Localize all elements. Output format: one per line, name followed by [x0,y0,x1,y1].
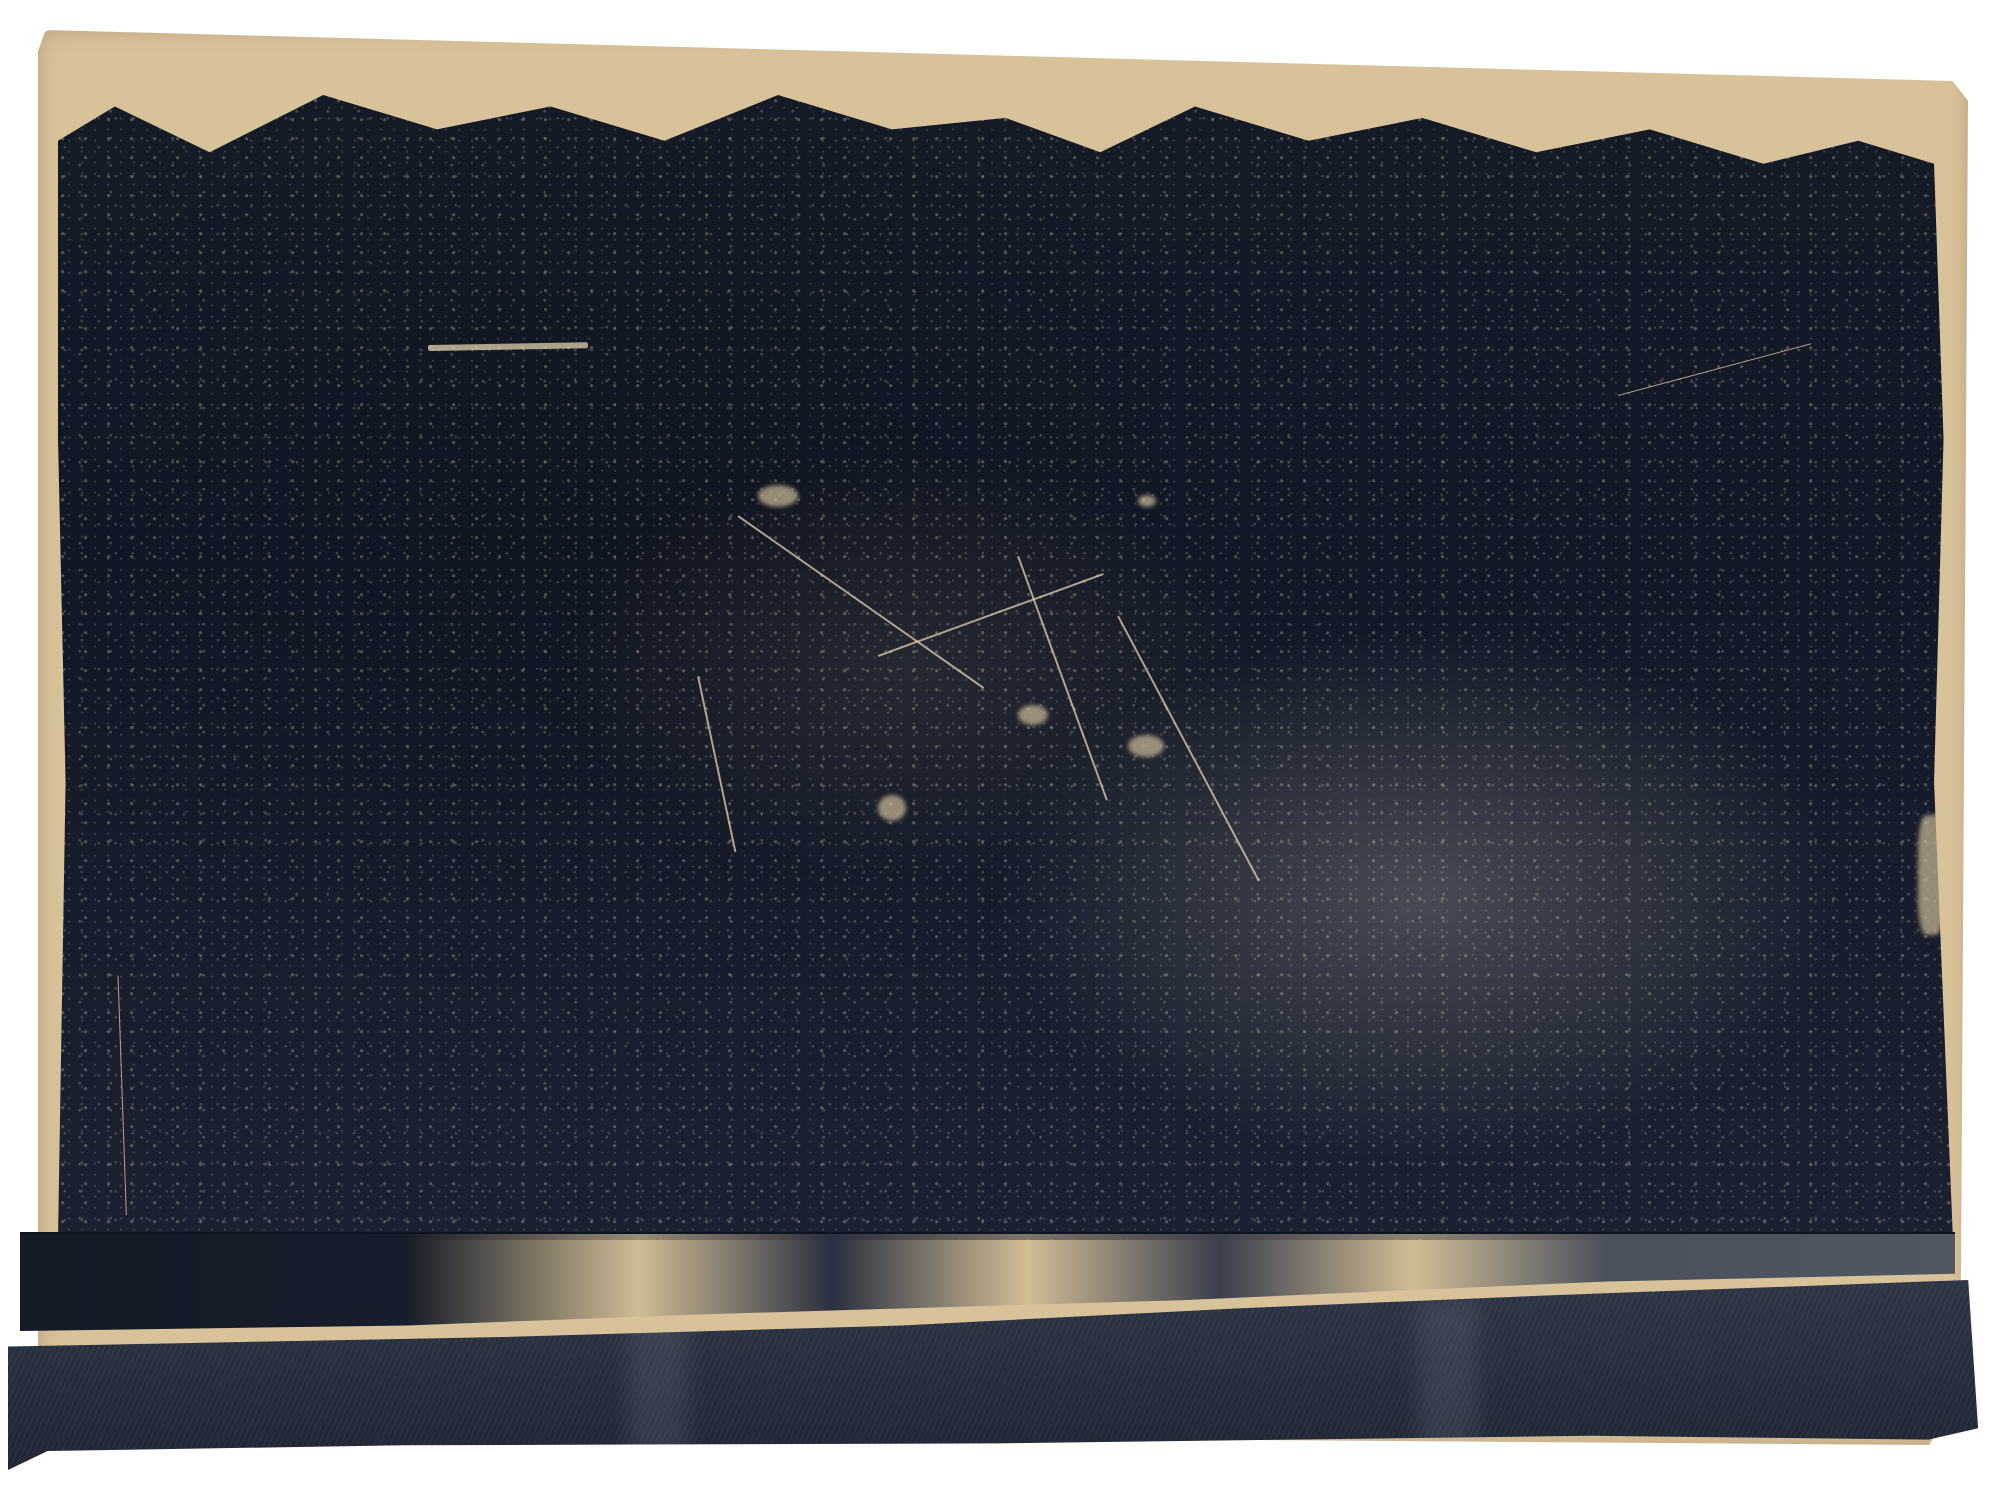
wear-spot [1138,495,1156,507]
wear-speckle-texture [58,95,1953,1240]
wear-spot [758,485,798,507]
wear-spot [878,795,906,821]
photo-scene [0,0,2000,1500]
spine-fade-mark [1418,1300,1478,1450]
wear-spot [1018,705,1048,725]
book-cover-cloth [58,95,1953,1240]
wear-spot [1128,735,1164,757]
